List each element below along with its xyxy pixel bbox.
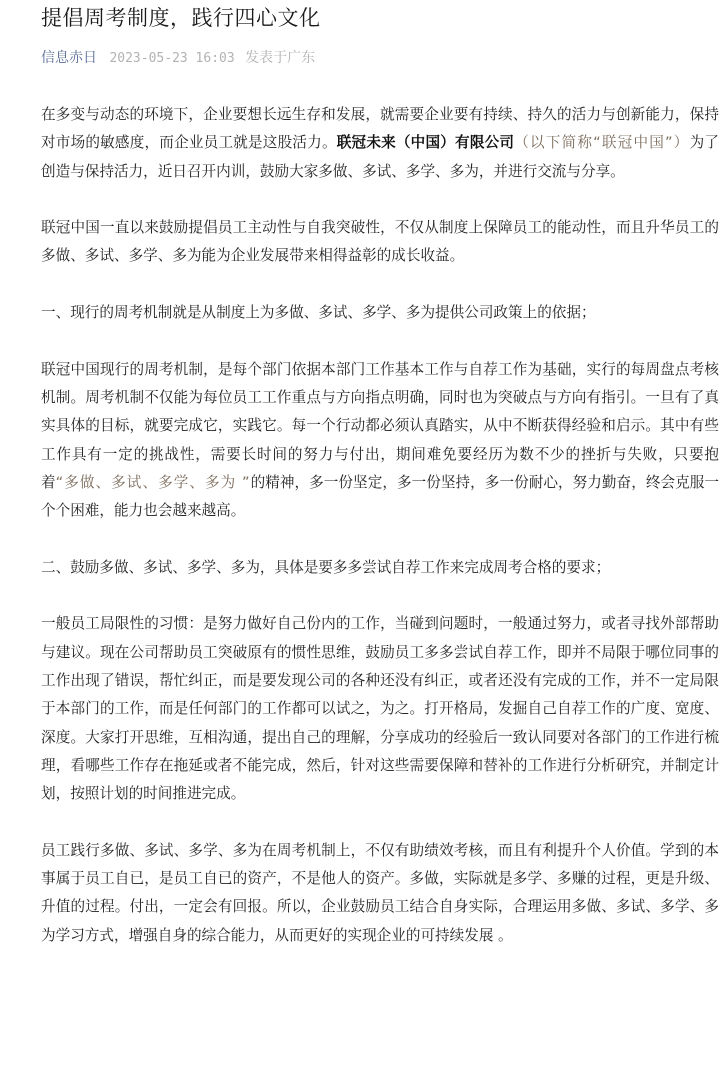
company-name: 联冠未来（中国）有限公司 [337, 134, 514, 151]
publish-datetime: 2023-05-23 16:03 [109, 51, 234, 66]
paragraph-weekly-exam: 联冠中国现行的周考机制，是每个部门依据本部门工作基本工作与自荐工作为基础，实行的… [41, 356, 719, 526]
section-heading-1: 一、现行的周考机制就是从制度上为多做、多试、多学、多为提供公司政策上的依据； [41, 299, 719, 327]
paragraph-habits: 一般员工局限性的习惯：是努力做好自己份内的工作，当碰到问题时，一般通过努力，或者… [41, 610, 719, 808]
paragraph-conclusion: 员工践行多做、多试、多学、多为在周考机制上，不仅有助绩效考核，而且有利提升个人价… [41, 837, 719, 950]
article-title: 提倡周考制度，践行四心文化 [41, 0, 721, 32]
paragraph-weekly-exam-text-1: 联冠中国现行的周考机制，是每个部门依据本部门工作基本工作与自荐工作为基础，实行的… [41, 361, 719, 491]
publish-location: 发表于广东 [245, 50, 315, 66]
article: 提倡周考制度，践行四心文化 信息赤日 2023-05-23 16:03 发表于广… [41, 0, 721, 950]
paragraph-intro: 在多变与动态的环境下，企业要想长远生存和发展，就需要企业要有持续、持久的活力与创… [41, 101, 719, 186]
quoted-motto: “多做、多试、多学、多为 ” [56, 474, 251, 491]
section-heading-2: 二、鼓励多做、多试、多学、多为，具体是要多多尝试自荐工作来完成周考合格的要求； [41, 554, 719, 582]
author-link[interactable]: 信息赤日 [41, 50, 97, 66]
company-abbreviation-note: （以下简称“联冠中国”） [514, 134, 689, 151]
article-body: 在多变与动态的环境下，企业要想长远生存和发展，就需要企业要有持续、持久的活力与创… [41, 101, 721, 950]
article-meta: 信息赤日 2023-05-23 16:03 发表于广东 [41, 47, 721, 69]
paragraph-encouragement: 联冠中国一直以来鼓励提倡员工主动性与自我突破性，不仅从制度上保障员工的能动性，而… [41, 214, 719, 271]
